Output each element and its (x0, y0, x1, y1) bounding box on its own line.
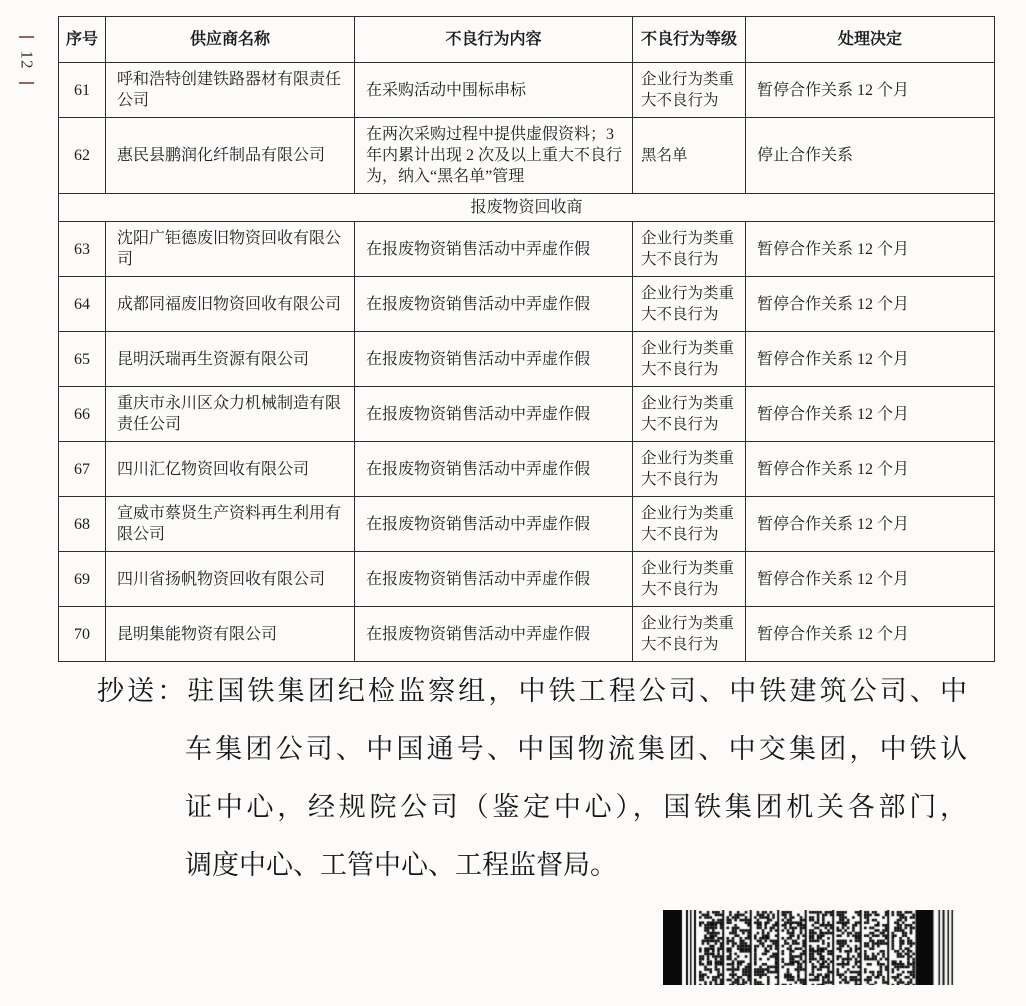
copy-to-block: 抄送：驻国铁集团纪检监察组，中铁工程公司、中铁建筑公司、中车集团公司、中国通号、… (97, 662, 967, 894)
cell-row-number: 64 (59, 277, 106, 332)
cell-behavior: 在报废物资销售活动中弄虚作假 (355, 277, 633, 332)
cell-behavior: 在报废物资销售活动中弄虚作假 (355, 497, 633, 552)
table-row: 68宣威市蔡贤生产资料再生利用有限公司在报废物资销售活动中弄虚作假企业行为类重大… (59, 497, 995, 552)
table-row: 67四川汇亿物资回收有限公司在报废物资销售活动中弄虚作假企业行为类重大不良行为暂… (59, 442, 995, 497)
cell-row-number: 67 (59, 442, 106, 497)
table-header-row: 序号 供应商名称 不良行为内容 不良行为等级 处理决定 (59, 17, 995, 63)
cell-behavior: 在报废物资销售活动中弄虚作假 (355, 552, 633, 607)
cell-grade: 企业行为类重大不良行为 (633, 277, 746, 332)
cell-supplier-name: 沈阳广钜德废旧物资回收有限公司 (106, 222, 355, 277)
section-row: 报废物资回收商 (59, 194, 995, 222)
copy-to-line: 车集团公司、中国通号、中国物流集团、中交集团，中铁认 (185, 720, 967, 778)
cell-grade: 黑名单 (633, 118, 746, 194)
cell-supplier-name: 昆明集能物资有限公司 (106, 607, 355, 662)
col-header-supplier-name: 供应商名称 (106, 17, 355, 63)
cell-decision: 停止合作关系 (746, 118, 995, 194)
cell-grade: 企业行为类重大不良行为 (633, 552, 746, 607)
cell-supplier-name: 惠民县鹏润化纤制品有限公司 (106, 118, 355, 194)
cell-supplier-name: 四川省扬帆物资回收有限公司 (106, 552, 355, 607)
cell-decision: 暂停合作关系 12 个月 (746, 497, 995, 552)
cell-supplier-name: 重庆市永川区众力机械制造有限责任公司 (106, 387, 355, 442)
cell-supplier-name: 四川汇亿物资回收有限公司 (106, 442, 355, 497)
cell-supplier-name: 呼和浩特创建铁路器材有限责任公司 (106, 63, 355, 118)
cell-behavior: 在报废物资销售活动中弄虚作假 (355, 222, 633, 277)
table-row: 70昆明集能物资有限公司在报废物资销售活动中弄虚作假企业行为类重大不良行为暂停合… (59, 607, 995, 662)
cell-supplier-name: 宣威市蔡贤生产资料再生利用有限公司 (106, 497, 355, 552)
table-row: 66重庆市永川区众力机械制造有限责任公司在报废物资销售活动中弄虚作假企业行为类重… (59, 387, 995, 442)
page-number-dash-top (19, 36, 34, 38)
page-number-dash-bottom (19, 82, 34, 84)
document-page: 12 序号 供应商名称 不良行为内容 不良行为等级 处理决定 61呼和浩特创建铁… (0, 0, 1026, 1006)
cell-grade: 企业行为类重大不良行为 (633, 63, 746, 118)
cell-behavior: 在报废物资销售活动中弄虚作假 (355, 607, 633, 662)
cell-behavior: 在采购活动中围标串标 (355, 63, 633, 118)
cell-decision: 暂停合作关系 12 个月 (746, 222, 995, 277)
section-label: 报废物资回收商 (59, 194, 995, 222)
table-row: 69四川省扬帆物资回收有限公司在报废物资销售活动中弄虚作假企业行为类重大不良行为… (59, 552, 995, 607)
cell-decision: 暂停合作关系 12 个月 (746, 387, 995, 442)
cell-row-number: 65 (59, 332, 106, 387)
cell-row-number: 61 (59, 63, 106, 118)
table-row: 64成都同福废旧物资回收有限公司在报废物资销售活动中弄虚作假企业行为类重大不良行… (59, 277, 995, 332)
cell-grade: 企业行为类重大不良行为 (633, 607, 746, 662)
cell-behavior: 在报废物资销售活动中弄虚作假 (355, 332, 633, 387)
col-header-decision: 处理决定 (746, 17, 995, 63)
page-number-box: 12 (15, 45, 37, 75)
table-row: 62惠民县鹏润化纤制品有限公司在两次采购过程中提供虚假资料；3 年内累计出现 2… (59, 118, 995, 194)
cell-grade: 企业行为类重大不良行为 (633, 497, 746, 552)
cell-decision: 暂停合作关系 12 个月 (746, 63, 995, 118)
table-row: 61呼和浩特创建铁路器材有限责任公司在采购活动中围标串标企业行为类重大不良行为暂… (59, 63, 995, 118)
cell-row-number: 70 (59, 607, 106, 662)
col-header-grade: 不良行为等级 (633, 17, 746, 63)
page-number: 12 (12, 36, 40, 84)
cell-grade: 企业行为类重大不良行为 (633, 442, 746, 497)
cell-grade: 企业行为类重大不良行为 (633, 387, 746, 442)
cell-decision: 暂停合作关系 12 个月 (746, 277, 995, 332)
page-number-text: 12 (16, 51, 36, 70)
copy-to-line: 证中心，经规院公司（鉴定中心），国铁集团机关各部门， (185, 778, 967, 836)
copy-to-line: 调度中心、工管中心、工程监督局。 (185, 836, 967, 894)
cell-behavior: 在两次采购过程中提供虚假资料；3 年内累计出现 2 次及以上重大不良行为，纳入“… (355, 118, 633, 194)
cell-supplier-name: 昆明沃瑞再生资源有限公司 (106, 332, 355, 387)
cell-row-number: 66 (59, 387, 106, 442)
cell-decision: 暂停合作关系 12 个月 (746, 552, 995, 607)
supplier-penalty-table: 序号 供应商名称 不良行为内容 不良行为等级 处理决定 61呼和浩特创建铁路器材… (58, 16, 995, 662)
cell-decision: 暂停合作关系 12 个月 (746, 442, 995, 497)
cell-supplier-name: 成都同福废旧物资回收有限公司 (106, 277, 355, 332)
cell-row-number: 68 (59, 497, 106, 552)
cell-grade: 企业行为类重大不良行为 (633, 332, 746, 387)
cell-decision: 暂停合作关系 12 个月 (746, 607, 995, 662)
cell-row-number: 69 (59, 552, 106, 607)
cell-decision: 暂停合作关系 12 个月 (746, 332, 995, 387)
cell-grade: 企业行为类重大不良行为 (633, 222, 746, 277)
cell-behavior: 在报废物资销售活动中弄虚作假 (355, 387, 633, 442)
cell-row-number: 63 (59, 222, 106, 277)
col-header-no: 序号 (59, 17, 106, 63)
copy-to-line: 抄送：驻国铁集团纪检监察组，中铁工程公司、中铁建筑公司、中 (97, 662, 967, 720)
table-row: 65昆明沃瑞再生资源有限公司在报废物资销售活动中弄虚作假企业行为类重大不良行为暂… (59, 332, 995, 387)
barcode (663, 910, 963, 985)
table-row: 63沈阳广钜德废旧物资回收有限公司在报废物资销售活动中弄虚作假企业行为类重大不良… (59, 222, 995, 277)
cell-row-number: 62 (59, 118, 106, 194)
cell-behavior: 在报废物资销售活动中弄虚作假 (355, 442, 633, 497)
col-header-behavior: 不良行为内容 (355, 17, 633, 63)
